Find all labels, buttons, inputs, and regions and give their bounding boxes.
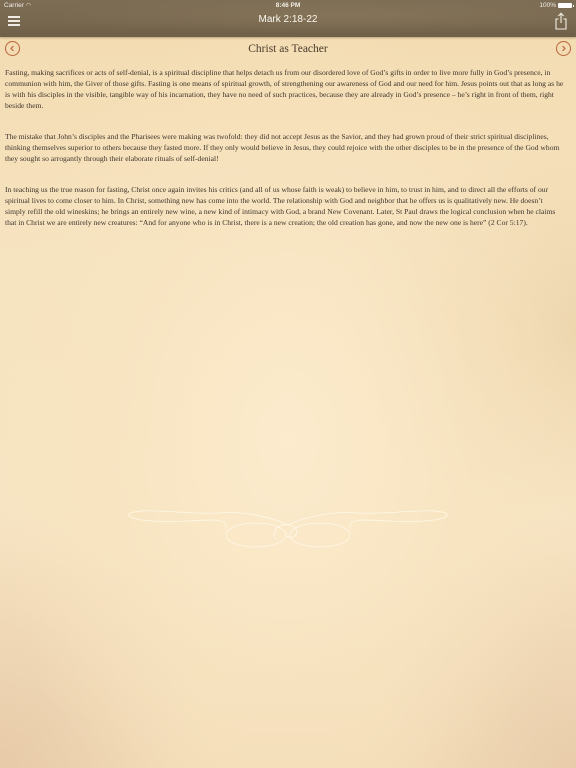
paragraph: Fasting, making sacrifices or acts of se… [5, 67, 565, 111]
battery-percent: 100% [539, 2, 556, 9]
next-button[interactable] [556, 41, 571, 56]
chevron-right-icon [560, 45, 567, 52]
battery-icon [558, 3, 572, 8]
chapter-header: Christ as Teacher [0, 37, 576, 63]
flourish-ornament-icon [128, 505, 448, 555]
share-button[interactable] [554, 12, 568, 30]
chapter-title: Christ as Teacher [0, 43, 576, 55]
share-icon [554, 12, 568, 30]
paragraph: In teaching us the true reason for fasti… [5, 184, 565, 228]
passage-title: Mark 2:18-22 [0, 14, 576, 25]
navigation-bar: Carrier◠ 8:46 PM 100% Mark 2:18-22 [0, 0, 576, 37]
paragraph: The mistake that John’s disciples and th… [5, 131, 565, 164]
status-bar: Carrier◠ 8:46 PM 100% [0, 0, 576, 12]
status-time: 8:46 PM [0, 2, 576, 9]
battery-indicator: 100% [539, 2, 572, 9]
reflection-text: Fasting, making sacrifices or acts of se… [5, 67, 565, 248]
